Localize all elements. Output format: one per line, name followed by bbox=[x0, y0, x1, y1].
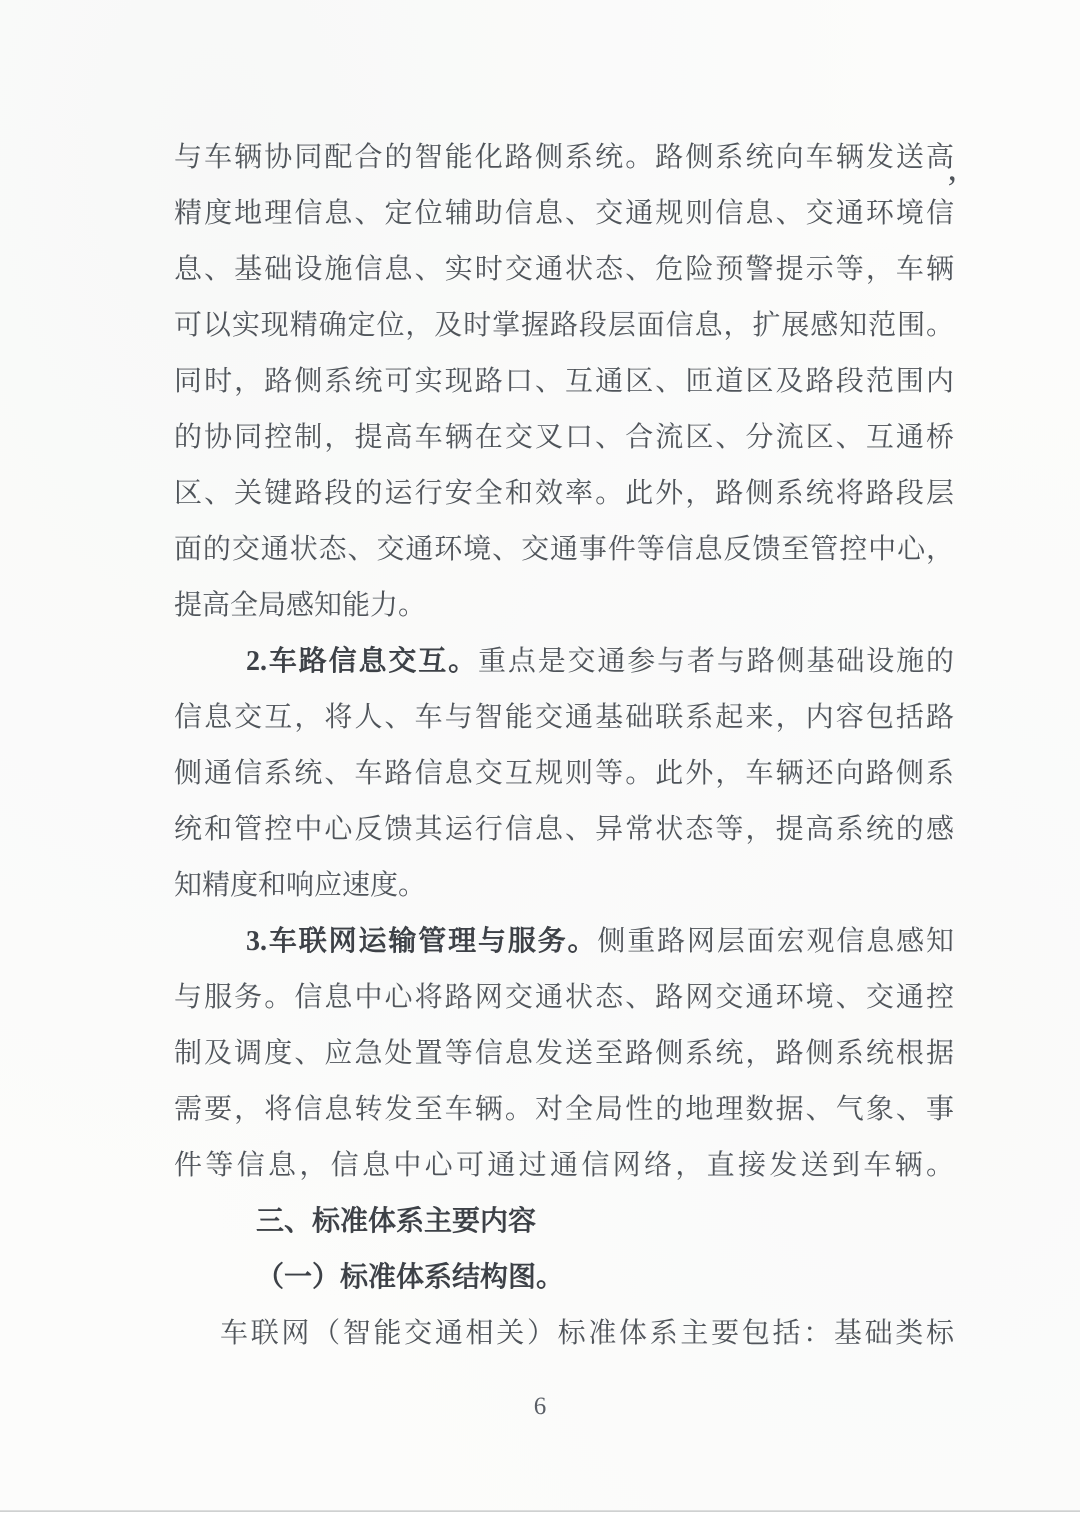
text-line: 提高全局感知能力。 bbox=[174, 578, 954, 634]
text-line: 3.车联网运输管理与服务。侧重路网层面宏观信息感知 bbox=[174, 914, 954, 970]
paragraph-lead: 2.车路信息交互。 bbox=[246, 646, 478, 677]
text-line: 2.车路信息交互。重点是交通参与者与路侧基础设施的 bbox=[174, 634, 954, 690]
text-line: 知精度和响应速度。 bbox=[174, 858, 954, 914]
text-line: 需要，将信息转发至车辆。对全局性的地理数据、气象、事 bbox=[174, 1082, 954, 1138]
text-line: 件等信息，信息中心可通过通信网络，直接发送到车辆。 bbox=[174, 1138, 954, 1194]
page-number: 6 bbox=[0, 1390, 1080, 1424]
text-line: 同时，路侧系统可实现路口、互通区、匝道区及路段范围内 bbox=[174, 354, 954, 410]
text-line: 区、关键路段的运行安全和效率。此外，路侧系统将路段层 bbox=[174, 466, 954, 522]
text-line: 侧通信系统、车路信息交互规则等。此外，车辆还向路侧系 bbox=[174, 746, 954, 802]
document-page: 与车辆协同配合的智能化路侧系统。路侧系统向车辆发送高精度地理信息、定位辅助信息、… bbox=[0, 0, 1080, 1523]
line-text: 侧重路网层面宏观信息感知 bbox=[597, 926, 954, 957]
text-line: 精度地理信息、定位辅助信息、交通规则信息、交通环境信 bbox=[174, 186, 954, 242]
text-line: 制及调度、应急处置等信息发送至路侧系统，路侧系统根据 bbox=[174, 1026, 954, 1082]
text-line: 车联网（智能交通相关）标准体系主要包括：基础类标 bbox=[174, 1306, 954, 1362]
text-line: 的协同控制，提高车辆在交叉口、合流区、分流区、互通桥 bbox=[174, 410, 954, 466]
text-line: 面的交通状态、交通环境、交通事件等信息反馈至管控中心， bbox=[174, 522, 954, 578]
document-body: 与车辆协同配合的智能化路侧系统。路侧系统向车辆发送高精度地理信息、定位辅助信息、… bbox=[174, 130, 954, 1362]
section-heading-h2: （一）标准体系结构图。 bbox=[174, 1250, 954, 1306]
text-line: 信息交互，将人、车与智能交通基础联系起来，内容包括路 bbox=[174, 690, 954, 746]
line-text: 重点是交通参与者与路侧基础设施的 bbox=[478, 646, 954, 677]
text-line: 息、基础设施信息、实时交通状态、危险预警提示等，车辆 bbox=[174, 242, 954, 298]
text-line: 与服务。信息中心将路网交通状态、路网交通环境、交通控 bbox=[174, 970, 954, 1026]
section-heading-h1: 三、标准体系主要内容 bbox=[174, 1194, 954, 1250]
paragraph-lead: 3.车联网运输管理与服务。 bbox=[246, 926, 597, 957]
stray-apostrophe-mark: ’ bbox=[946, 170, 958, 206]
page-bottom-edge bbox=[0, 1512, 1080, 1523]
text-line: 与车辆协同配合的智能化路侧系统。路侧系统向车辆发送高 bbox=[174, 130, 954, 186]
text-line: 可以实现精确定位，及时掌握路段层面信息，扩展感知范围。 bbox=[174, 298, 954, 354]
text-line: 统和管控中心反馈其运行信息、异常状态等，提高系统的感 bbox=[174, 802, 954, 858]
